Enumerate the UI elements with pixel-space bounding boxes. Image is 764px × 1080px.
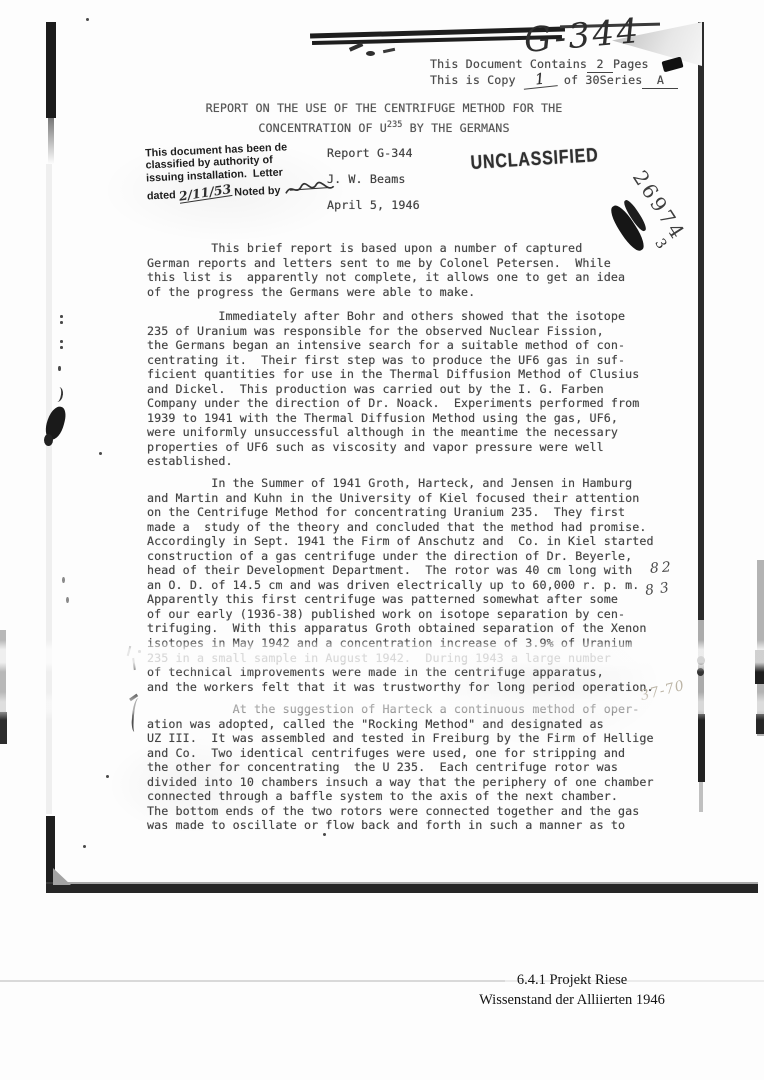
document-title: REPORT ON THE USE OF THE CENTRIFUGE METH…: [204, 100, 564, 137]
contains-label: This Document Contains: [430, 57, 587, 71]
ink-speck: [138, 650, 141, 653]
ink-speck: [99, 452, 102, 455]
margin-note-82: 82: [649, 559, 674, 577]
title-line2: CONCENTRATION OF U235 BY THE GERMANS: [204, 117, 564, 137]
ink-blot: [661, 57, 683, 73]
report-info-block: Report G-344 J. W. Beams April 5, 1946: [327, 146, 420, 213]
caption-line1: 6.4.1 Projekt Riese: [452, 971, 692, 991]
title-line1: REPORT ON THE USE OF THE CENTRIFUGE METH…: [204, 100, 564, 117]
serial-covered-digit: 3: [651, 236, 669, 252]
page-edge-right: [698, 22, 704, 620]
series-label: Series: [600, 73, 643, 87]
dated-label: dated: [147, 189, 176, 202]
ink-speck: [60, 340, 63, 343]
scan-edge-mark: [0, 630, 6, 712]
contains-suffix: Pages: [613, 57, 649, 71]
series-value: A: [642, 73, 678, 89]
paragraph-3: In the Summer of 1941 Groth, Harteck, an…: [147, 476, 654, 694]
report-date: April 5, 1946: [327, 198, 420, 213]
ink-speck: [697, 668, 704, 676]
ink-speck: [60, 315, 63, 318]
ink-speck: [62, 577, 65, 583]
paragraph-4: At the suggestion of Harteck a continuou…: [147, 702, 654, 833]
pencil-mark: [127, 646, 132, 656]
ink-smudge: [383, 48, 395, 53]
scan-edge-mark: [756, 714, 764, 734]
page-edge-mark: [48, 118, 54, 164]
ink-smudge: [366, 51, 375, 56]
ink-speck: [86, 18, 89, 21]
page-edge-shadow: [46, 164, 52, 814]
scanned-document-page: G-344 This Document Contains2Pages This …: [0, 0, 764, 1080]
page-edge-right: [698, 714, 705, 782]
scan-edge-mark: [757, 560, 764, 736]
paragraph-2: Immediately after Bohr and others showed…: [147, 309, 639, 469]
declassification-stamp: This document has been de classified by …: [145, 141, 307, 205]
report-author: J. W. Beams: [327, 172, 420, 187]
caption-line2: Wissenstand der Alliierten 1946: [452, 991, 692, 1011]
scan-edge-mark: [0, 712, 7, 744]
copy-label: This is Copy: [430, 73, 516, 87]
noted-label: Noted by: [234, 185, 281, 199]
dated-value: 2/11/53: [178, 183, 232, 204]
figure-caption: 6.4.1 Projekt Riese Wissenstand der Alli…: [452, 971, 692, 1010]
copy-value: 1: [522, 70, 557, 89]
ink-speck: [106, 775, 109, 778]
unclassified-stamp: UNCLASSIFIED: [470, 144, 599, 175]
ink-speck: [58, 366, 61, 371]
handwritten-document-number: G-344: [522, 11, 642, 61]
paragraph-1: This brief report is based upon a number…: [147, 241, 625, 299]
ink-speck: [697, 656, 705, 665]
report-number: Report G-344: [327, 146, 420, 161]
contains-value: 2: [587, 57, 613, 73]
ink-bracket-mark: [54, 387, 64, 403]
caption-rule: [0, 980, 505, 982]
ink-speck: [83, 845, 86, 848]
corner-smudge: [53, 868, 71, 885]
page-edge-right-faded: [699, 782, 703, 812]
ink-speck: [323, 833, 326, 836]
ink-blot: [44, 434, 53, 446]
page-frame-bottom: [46, 884, 758, 893]
copy-line: This is Copy 1 of 30SeriesA: [430, 72, 678, 89]
page-edge-right-faded: [698, 620, 704, 714]
title-superscript: 235: [387, 120, 403, 130]
pencil-mark: [132, 658, 136, 670]
ink-speck: [60, 346, 63, 349]
margin-note-83: 83: [644, 579, 676, 599]
copy-of: of 30: [564, 73, 600, 87]
scan-edge-mark: [755, 650, 764, 684]
ink-speck: [60, 321, 63, 324]
page-edge-mark: [46, 22, 56, 118]
ink-speck: [66, 597, 69, 603]
